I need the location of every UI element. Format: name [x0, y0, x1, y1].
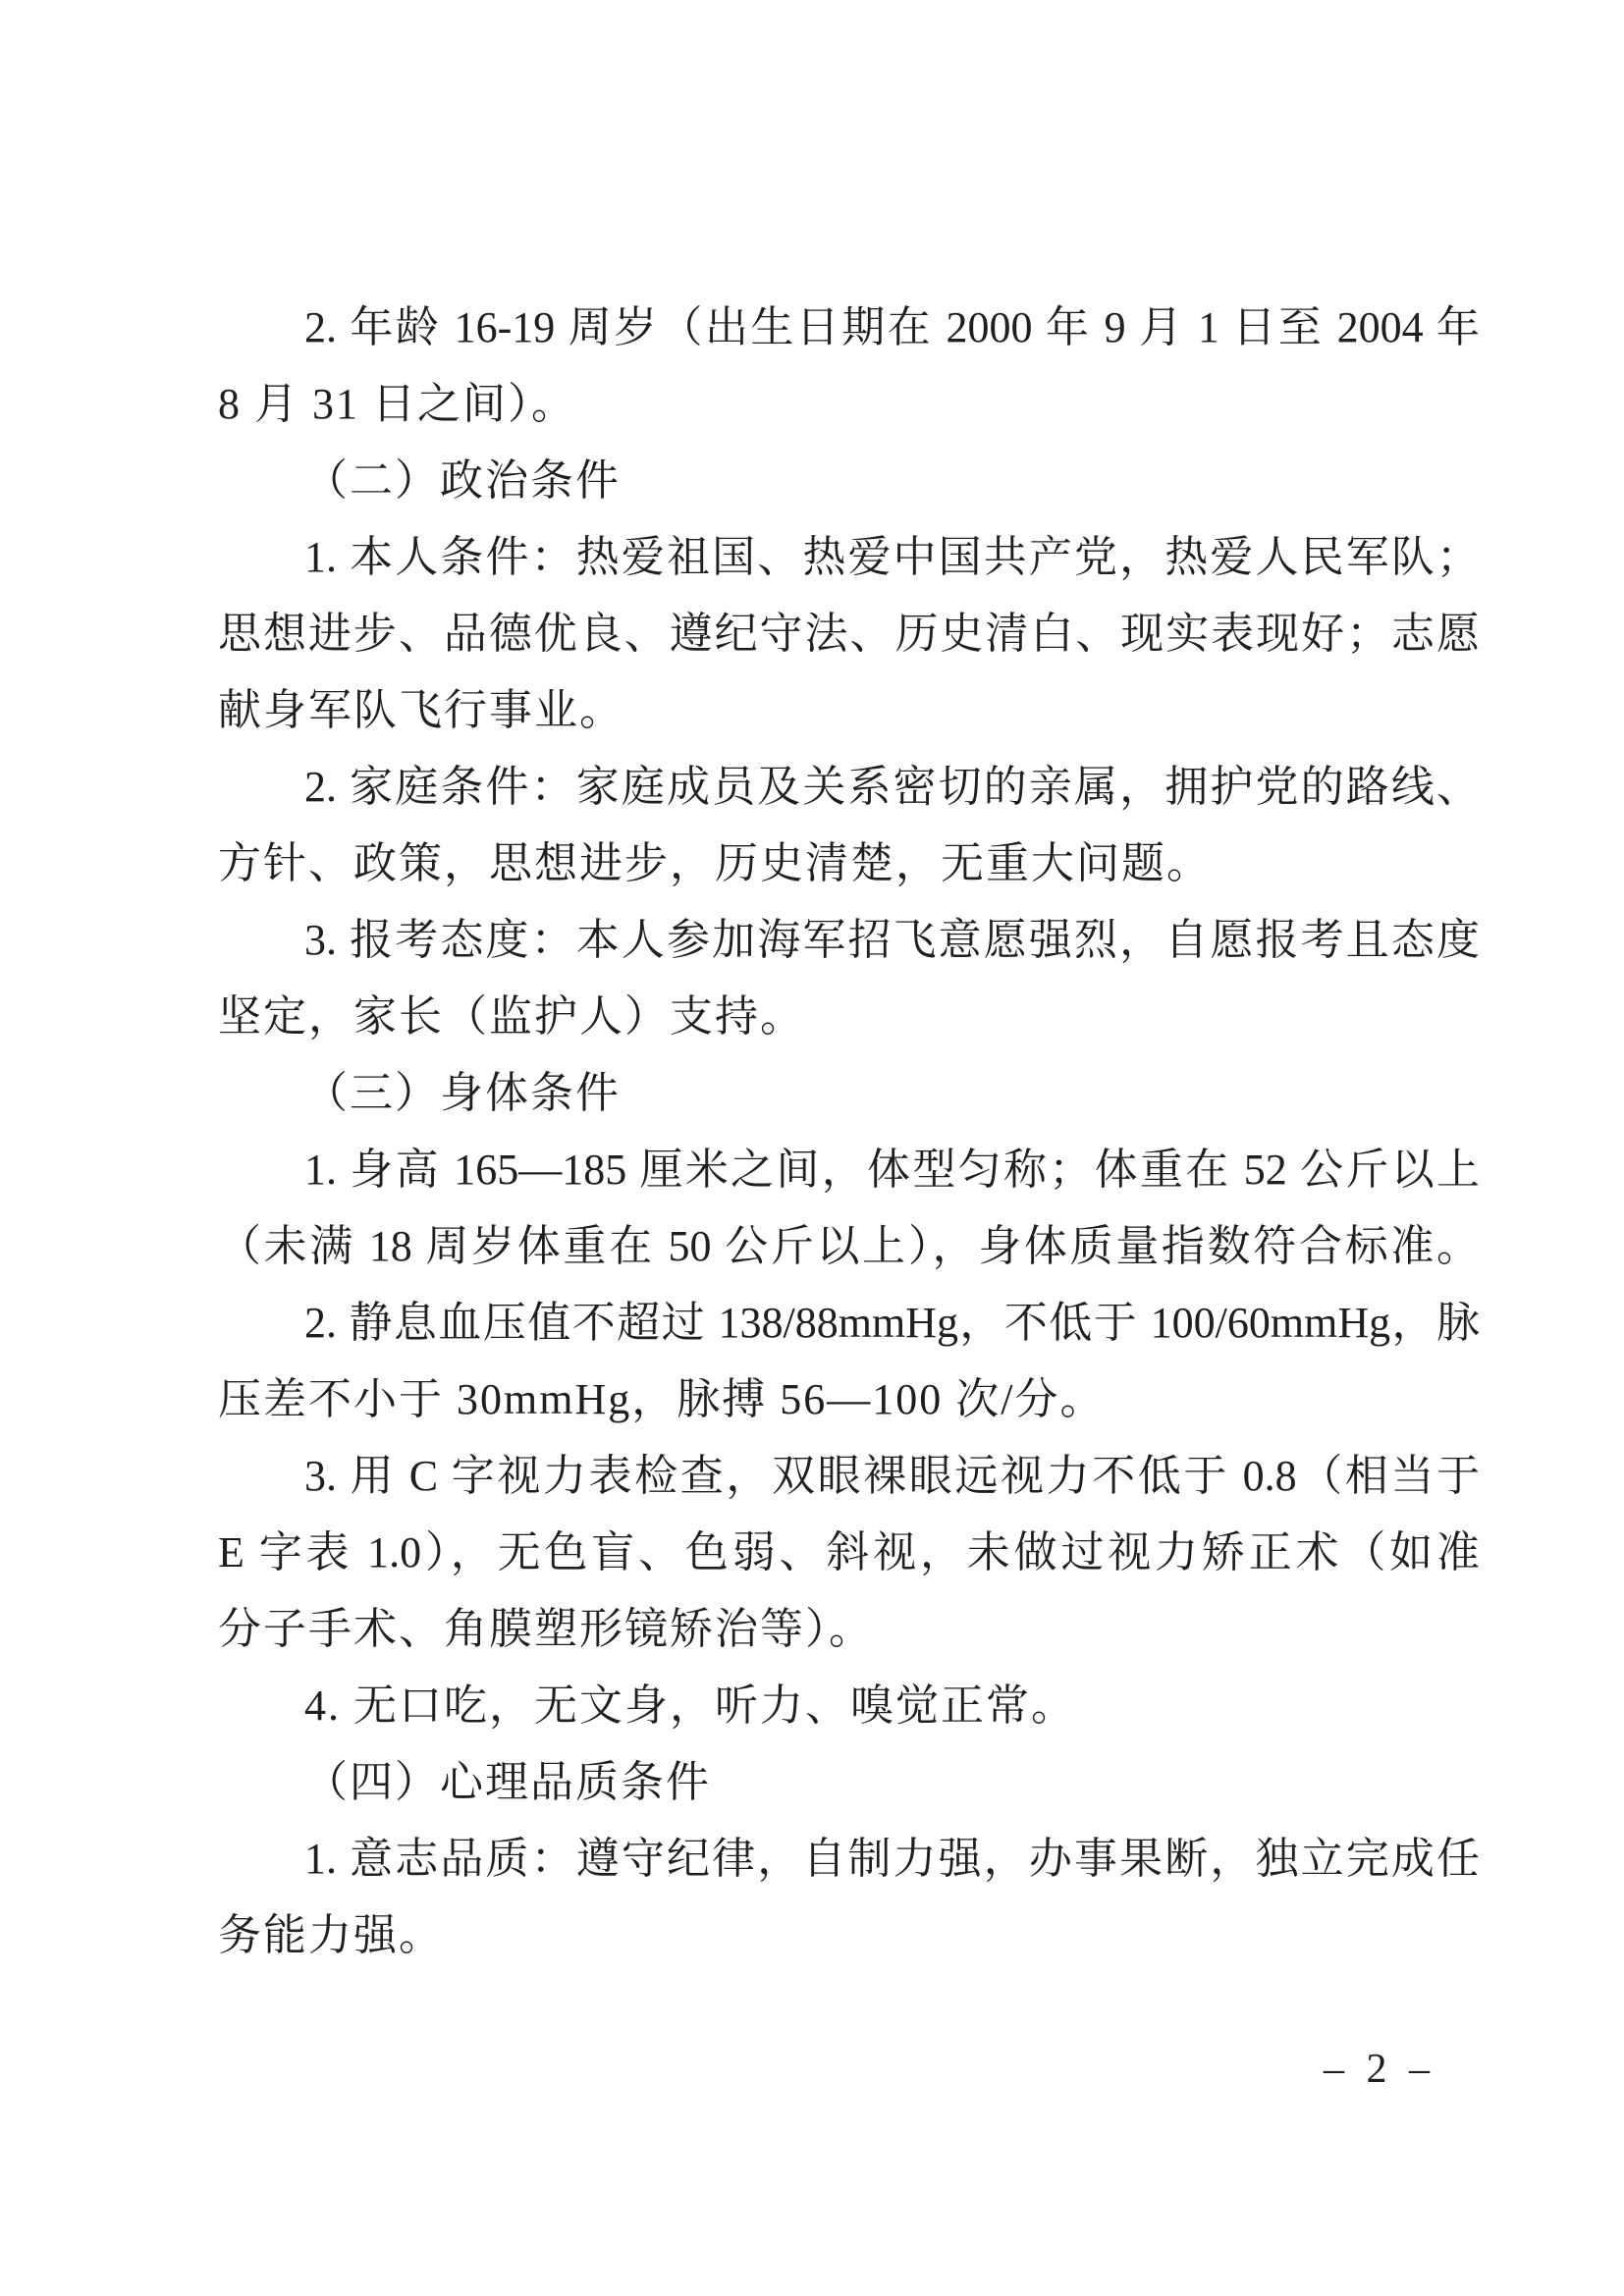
paragraph-line: 坚定，家长（监护人）支持。 [218, 979, 1480, 1055]
paragraph-line: 压差不小于 30mmHg，脉搏 56—100 次/分。 [218, 1362, 1480, 1438]
paragraph-line: 1. 身高 165—185 厘米之间，体型匀称；体重在 52 公斤以上 [218, 1132, 1480, 1208]
paragraph-line: 分子手术、角膜塑形镜矫治等）。 [218, 1591, 1480, 1668]
section-heading: （四）心理品质条件 [218, 1744, 1480, 1821]
paragraph-line: 2. 年龄 16-19 周岁（出生日期在 2000 年 9 月 1 日至 200… [218, 290, 1480, 366]
paragraph-line: 1. 本人条件：热爱祖国、热爱中国共产党，热爱人民军队； [218, 519, 1480, 596]
paragraph-line: 3. 用 C 字视力表检查，双眼裸眼远视力不低于 0.8（相当于 [218, 1438, 1480, 1515]
section-heading: （二）政治条件 [218, 443, 1480, 519]
paragraph-line: （未满 18 周岁体重在 50 公斤以上），身体质量指数符合标准。 [218, 1208, 1480, 1285]
paragraph-line: 2. 静息血压值不超过 138/88mmHg，不低于 100/60mmHg，脉 [218, 1285, 1480, 1362]
paragraph-line: 务能力强。 [218, 1897, 1480, 1974]
document-body: 2. 年龄 16-19 周岁（出生日期在 2000 年 9 月 1 日至 200… [218, 290, 1480, 1974]
paragraph-line: 1. 意志品质：遵守纪律，自制力强，办事果断，独立完成任 [218, 1821, 1480, 1897]
paragraph-line: 思想进步、品德优良、遵纪守法、历史清白、现实表现好；志愿 [218, 596, 1480, 672]
paragraph-line: 方针、政策，思想进步，历史清楚，无重大问题。 [218, 826, 1480, 902]
paragraph-line: 3. 报考态度：本人参加海军招飞意愿强烈，自愿报考且态度 [218, 902, 1480, 979]
paragraph-line: 献身军队飞行事业。 [218, 672, 1480, 749]
paragraph-line: 4. 无口吃，无文身，听力、嗅觉正常。 [218, 1668, 1480, 1744]
section-heading: （三）身体条件 [218, 1055, 1480, 1132]
page-number: – 2 – [1324, 2046, 1435, 2093]
paragraph-line: E 字表 1.0），无色盲、色弱、斜视，未做过视力矫正术（如准 [218, 1515, 1480, 1591]
document-page: 2. 年龄 16-19 周岁（出生日期在 2000 年 9 月 1 日至 200… [0, 0, 1624, 2296]
paragraph-line: 8 月 31 日之间）。 [218, 366, 1480, 443]
paragraph-line: 2. 家庭条件：家庭成员及关系密切的亲属，拥护党的路线、 [218, 749, 1480, 826]
